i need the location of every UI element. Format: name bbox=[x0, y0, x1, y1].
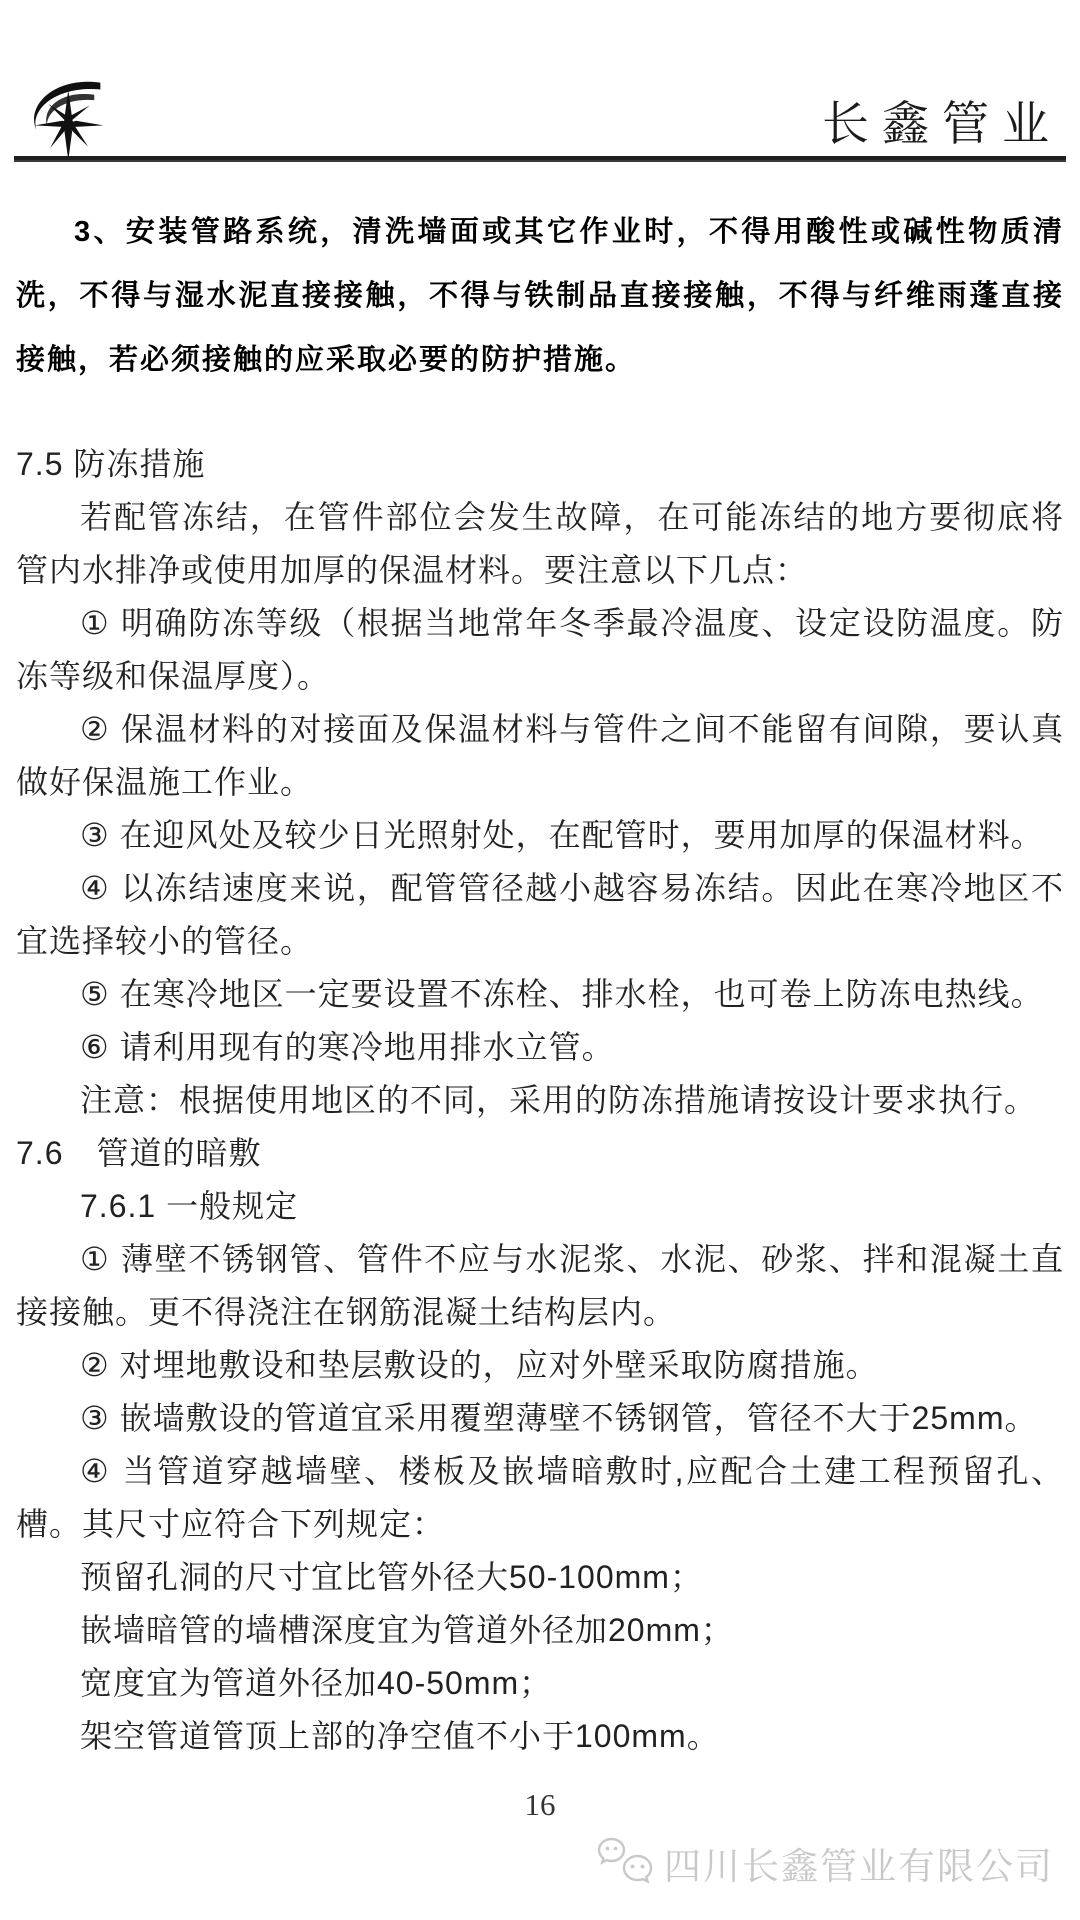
brand-name: 长鑫管业 bbox=[822, 87, 1062, 154]
paragraph: ⑥ 请利用现有的寒冷地用排水立管。 bbox=[16, 1021, 1064, 1074]
paragraph: 3、安装管路系统，清洗墙面或其它作业时，不得用酸性或碱性物质清洗，不得与湿水泥直… bbox=[16, 200, 1064, 392]
paragraph: 7.6 管道的暗敷 bbox=[16, 1127, 1064, 1180]
paragraph: 若配管冻结，在管件部位会发生故障，在可能冻结的地方要彻底将管内水排净或使用加厚的… bbox=[16, 491, 1064, 597]
paragraph: 注意：根据使用地区的不同，采用的防冻措施请按设计要求执行。 bbox=[16, 1074, 1064, 1127]
wechat-icon bbox=[596, 1837, 654, 1889]
page-number: 16 bbox=[0, 1787, 1080, 1823]
paragraph: ③ 嵌墙敷设的管道宜采用覆塑薄壁不锈钢管，管径不大于25mm。 bbox=[16, 1392, 1064, 1445]
company-watermark: 四川长鑫管业有限公司 bbox=[596, 1836, 1054, 1890]
paragraph: ⑤ 在寒冷地区一定要设置不冻栓、排水栓，也可卷上防冻电热线。 bbox=[16, 968, 1064, 1021]
document-page: 长鑫管业 3、安装管路系统，清洗墙面或其它作业时，不得用酸性或碱性物质清洗，不得… bbox=[0, 0, 1080, 1920]
paragraph: 架空管道管顶上部的净空值不小于100mm。 bbox=[16, 1710, 1064, 1763]
paragraph: ③ 在迎风处及较少日光照射处，在配管时，要用加厚的保温材料。 bbox=[16, 809, 1064, 862]
header-rule bbox=[14, 156, 1066, 162]
paragraph: ① 明确防冻等级（根据当地常年冬季最冷温度、设定设防温度。防冻等级和保温厚度）。 bbox=[16, 597, 1064, 703]
paragraph: ② 对埋地敷设和垫层敷设的，应对外壁采取防腐措施。 bbox=[16, 1339, 1064, 1392]
paragraph: ② 保温材料的对接面及保温材料与管件之间不能留有间隙，要认真做好保温施工作业。 bbox=[16, 703, 1064, 809]
watermark-text: 四川长鑫管业有限公司 bbox=[664, 1836, 1054, 1890]
paragraph: 宽度宜为管道外径加40-50mm； bbox=[16, 1657, 1064, 1710]
paragraph: 嵌墙暗管的墙槽深度宜为管道外径加20mm； bbox=[16, 1604, 1064, 1657]
paragraph: ④ 以冻结速度来说，配管管径越小越容易冻结。因此在寒冷地区不宜选择较小的管径。 bbox=[16, 862, 1064, 968]
document-body: 3、安装管路系统，清洗墙面或其它作业时，不得用酸性或碱性物质清洗，不得与湿水泥直… bbox=[0, 162, 1080, 1763]
paragraph: 7.5 防冻措施 bbox=[16, 438, 1064, 491]
paragraph: 7.6.1 一般规定 bbox=[16, 1180, 1064, 1233]
paragraph: ① 薄壁不锈钢管、管件不应与水泥浆、水泥、砂浆、拌和混凝土直接接触。更不得浇注在… bbox=[16, 1233, 1064, 1339]
comet-star-logo bbox=[24, 78, 108, 162]
paragraph: ④ 当管道穿越墙壁、楼板及嵌墙暗敷时,应配合土建工程预留孔、槽。其尺寸应符合下列… bbox=[16, 1445, 1064, 1551]
page-header: 长鑫管业 bbox=[0, 0, 1080, 162]
paragraph: 预留孔洞的尺寸宜比管外径大50-100mm； bbox=[16, 1551, 1064, 1604]
